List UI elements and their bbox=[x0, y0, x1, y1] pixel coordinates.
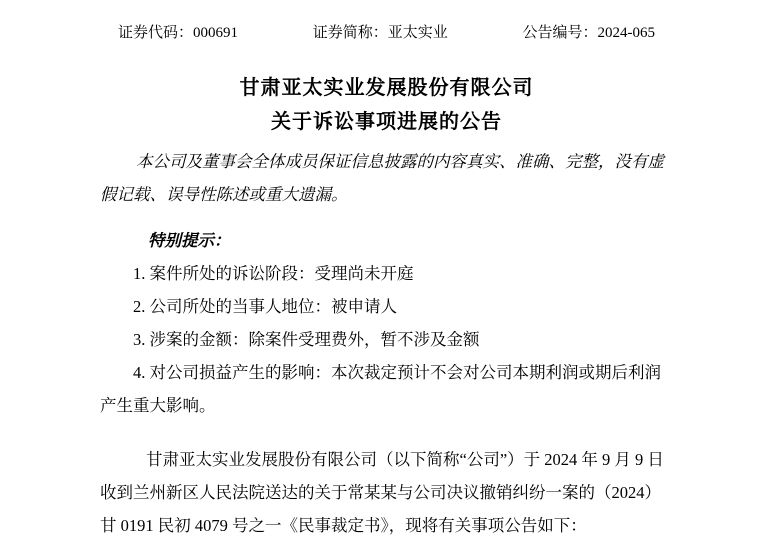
announcement-subject-title: 关于诉讼事项进展的公告 bbox=[0, 105, 773, 139]
special-notice-item-2: 2. 公司所处的当事人地位：被申请人 bbox=[100, 290, 673, 323]
text-line: 2. 公司所处的当事人地位：被申请人 bbox=[100, 290, 673, 323]
document-body: 本公司及董事会全体成员保证信息披露的内容真实、准确、完整，没有虚 假记载、误导性… bbox=[100, 145, 673, 542]
stock-code-label: 证券代码： bbox=[118, 25, 193, 41]
text-line: 4. 对公司损益产生的影响：本次裁定预计不会对公司本期利润或期后利润 bbox=[100, 356, 673, 389]
stock-abbr: 证券简称：亚太实业 bbox=[313, 23, 448, 43]
special-notice-heading: 特别提示： bbox=[100, 224, 673, 257]
document-header-row: 证券代码：000691 证券简称：亚太实业 公告编号：2024-065 bbox=[0, 0, 773, 43]
text-line: 假记载、误导性陈述或重大遗漏。 bbox=[100, 178, 673, 211]
stock-abbr-label: 证券简称： bbox=[313, 25, 388, 41]
special-notice-item-3: 3. 涉案的金额：除案件受理费外，暂不涉及金额 bbox=[100, 323, 673, 356]
text-line: 甘 0191 民初 4079 号之一《民事裁定书》，现将有关事项公告如下： bbox=[100, 509, 673, 542]
special-notice-item-4: 4. 对公司损益产生的影响：本次裁定预计不会对公司本期利润或期后利润 产生重大影… bbox=[100, 356, 673, 422]
body-paragraph: 甘肃亚太实业发展股份有限公司（以下简称“公司”）于 2024 年 9 月 9 日… bbox=[100, 443, 673, 542]
text-line: 1. 案件所处的诉讼阶段：受理尚未开庭 bbox=[100, 257, 673, 290]
text-line: 3. 涉案的金额：除案件受理费外，暂不涉及金额 bbox=[100, 323, 673, 356]
stock-code-value: 000691 bbox=[193, 25, 238, 41]
text-line: 收到兰州新区人民法院送达的关于常某某与公司决议撤销纠纷一案的（2024） bbox=[100, 476, 673, 509]
company-name-title: 甘肃亚太实业发展股份有限公司 bbox=[0, 71, 773, 105]
declaration-paragraph: 本公司及董事会全体成员保证信息披露的内容真实、准确、完整，没有虚 假记载、误导性… bbox=[100, 145, 673, 211]
special-notice-item-1: 1. 案件所处的诉讼阶段：受理尚未开庭 bbox=[100, 257, 673, 290]
announcement-document: 证券代码：000691 证券简称：亚太实业 公告编号：2024-065 甘肃亚太… bbox=[0, 0, 773, 548]
announcement-number: 公告编号：2024-065 bbox=[522, 23, 655, 43]
stock-code: 证券代码：000691 bbox=[118, 23, 238, 43]
text-line: 本公司及董事会全体成员保证信息披露的内容真实、准确、完整，没有虚 bbox=[100, 145, 673, 178]
text-line: 甘肃亚太实业发展股份有限公司（以下简称“公司”）于 2024 年 9 月 9 日 bbox=[100, 443, 673, 476]
announcement-number-value: 2024-065 bbox=[598, 25, 656, 41]
stock-abbr-value: 亚太实业 bbox=[388, 25, 448, 41]
announcement-number-label: 公告编号： bbox=[522, 25, 597, 41]
text-line: 产生重大影响。 bbox=[100, 389, 673, 422]
